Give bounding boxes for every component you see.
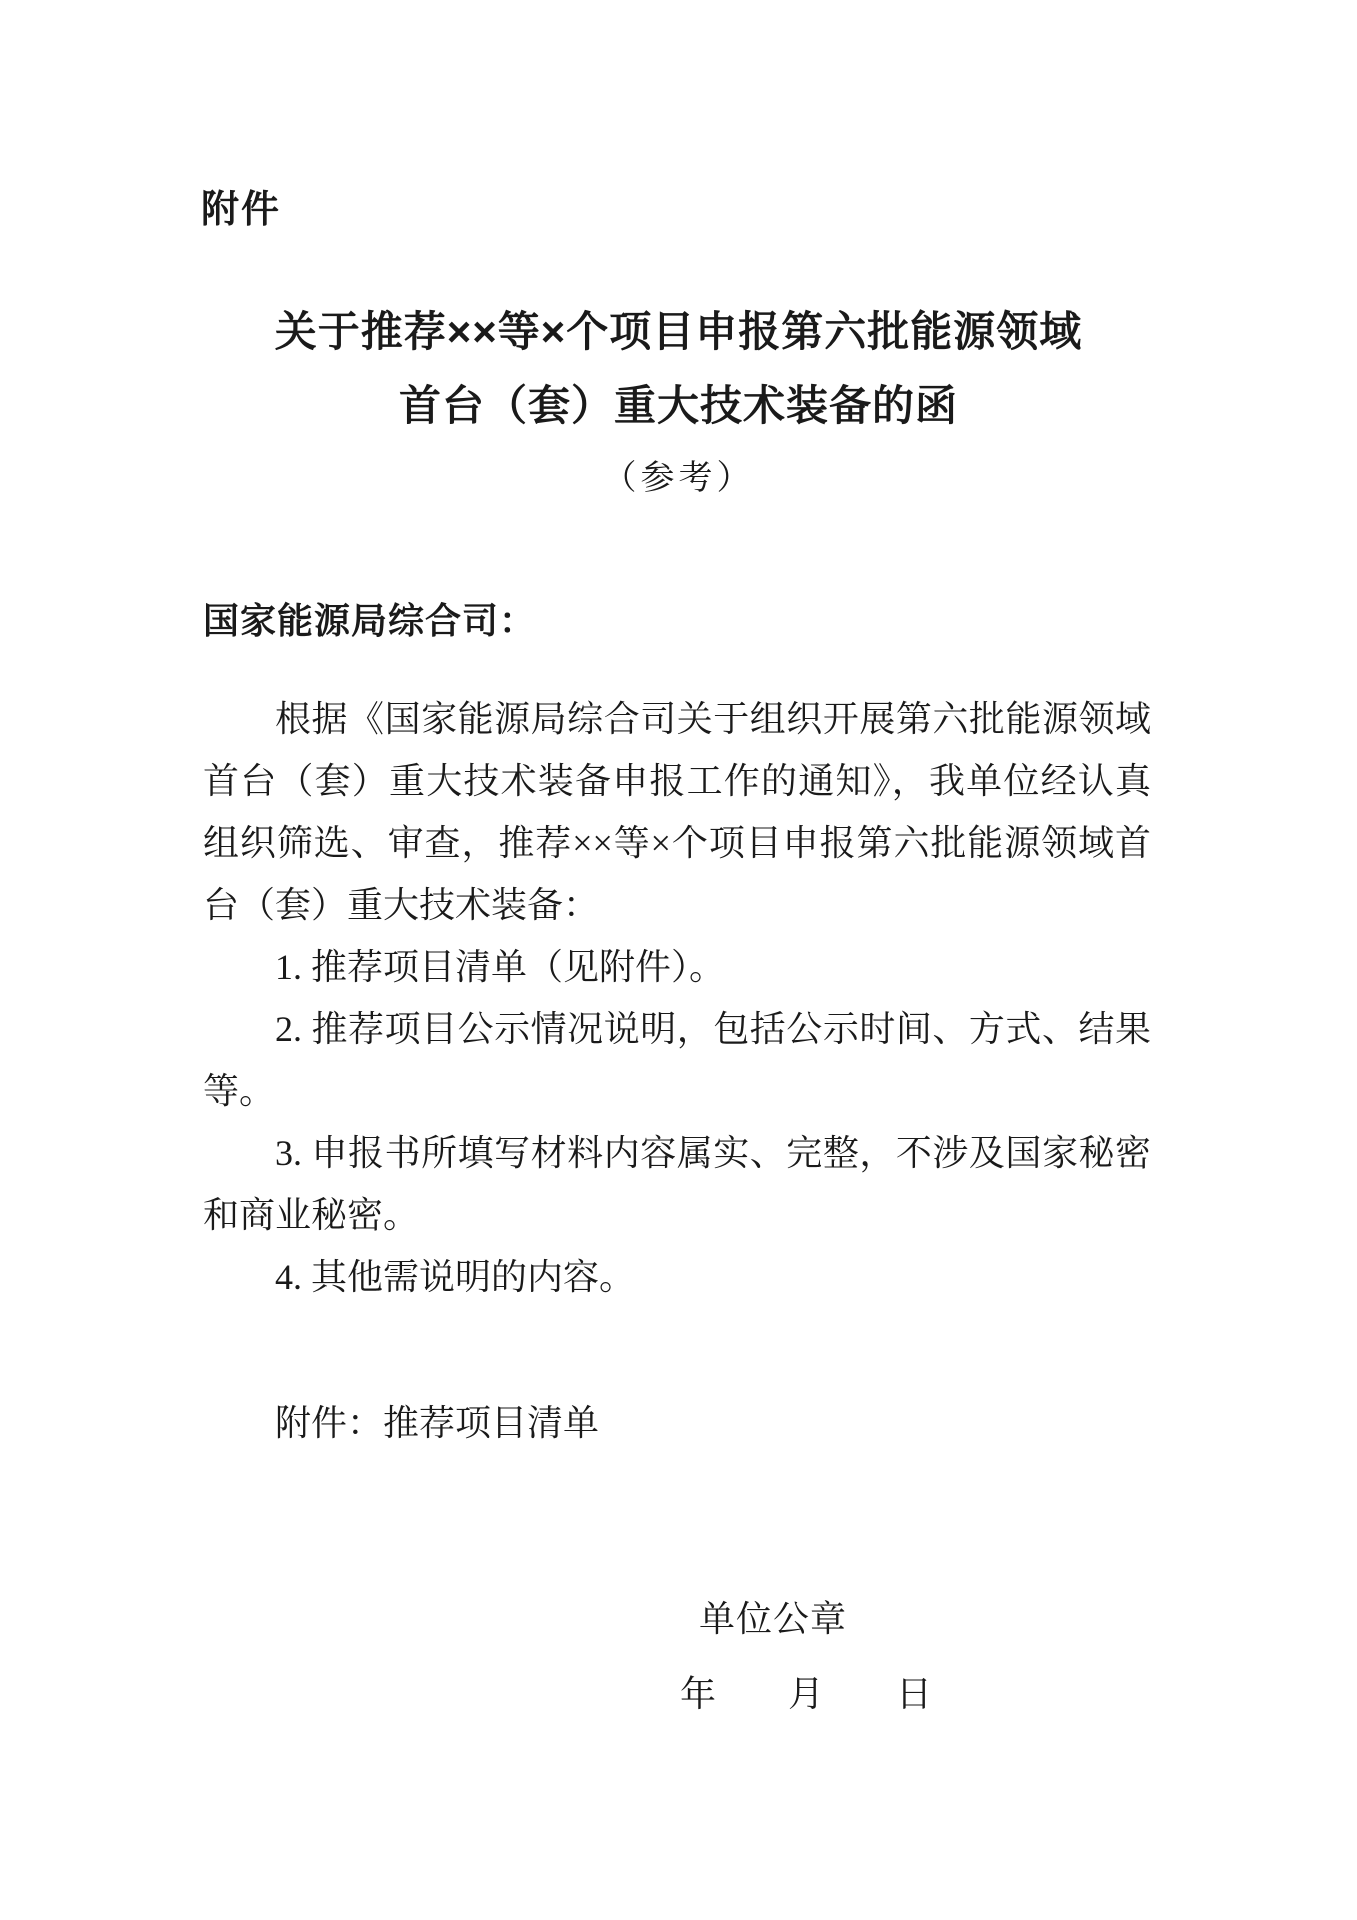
seal-label: 单位公章 <box>699 1588 847 1650</box>
attachment-note: 附件：推荐项目清单 <box>203 1392 1151 1454</box>
date-line: 年 月 日 <box>680 1663 932 1725</box>
body-line: 台（套）重大技术装备： <box>203 874 1151 936</box>
title-line-1: 关于推荐××等×个项目申报第六批能源领域 <box>0 295 1357 369</box>
body-line: 根据《国家能源局综合司关于组织开展第六批能源领域 <box>203 688 1151 750</box>
list-item-2-continued: 等。 <box>203 1060 1151 1122</box>
document-page: 附件 关于推荐××等×个项目申报第六批能源领域 首台（套）重大技术装备的函 （参… <box>0 0 1357 1920</box>
list-item-3: 3. 申报书所填写材料内容属实、完整，不涉及国家秘密 <box>203 1122 1151 1184</box>
salutation: 国家能源局综合司： <box>203 590 1151 652</box>
attachment-label: 附件 <box>201 186 281 234</box>
title-reference-note: （参考） <box>0 455 1357 503</box>
document-body: 国家能源局综合司： 根据《国家能源局综合司关于组织开展第六批能源领域 首台（套）… <box>203 590 1151 1454</box>
list-item-1: 1. 推荐项目清单（见附件）。 <box>203 936 1151 998</box>
body-line: 组织筛选、审查，推荐××等×个项目申报第六批能源领域首 <box>203 812 1151 874</box>
body-line: 首台（套）重大技术装备申报工作的通知》，我单位经认真 <box>203 750 1151 812</box>
document-title: 关于推荐××等×个项目申报第六批能源领域 首台（套）重大技术装备的函 <box>0 295 1357 443</box>
title-line-2: 首台（套）重大技术装备的函 <box>0 369 1357 443</box>
list-item-4: 4. 其他需说明的内容。 <box>203 1246 1151 1308</box>
list-item-2: 2. 推荐项目公示情况说明，包括公示时间、方式、结果 <box>203 998 1151 1060</box>
list-item-3-continued: 和商业秘密。 <box>203 1184 1151 1246</box>
